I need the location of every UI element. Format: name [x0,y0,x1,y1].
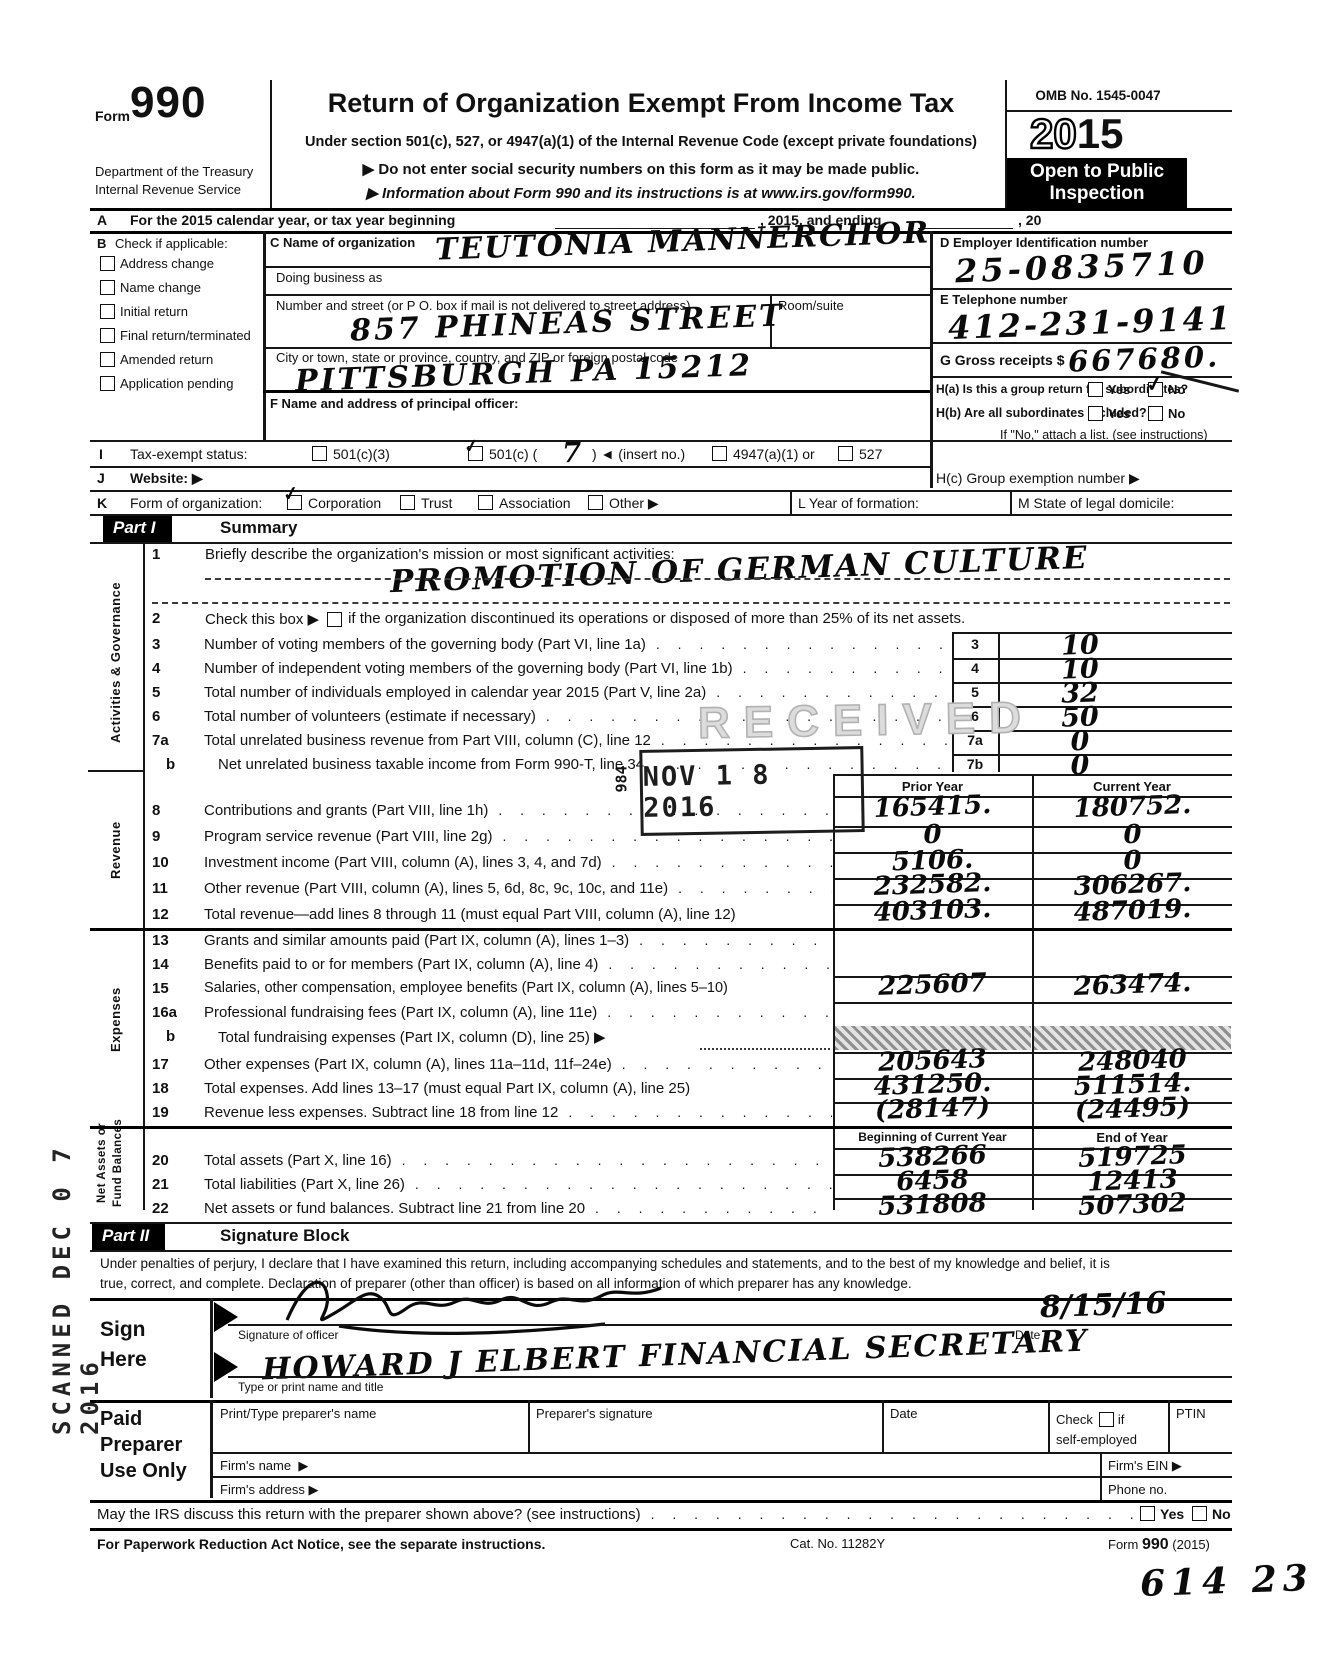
org-name-label: C Name of organization [270,235,415,250]
line [210,1400,213,1498]
row-j-letter: J [97,470,105,486]
org-trust-label: Trust [421,495,452,511]
label: Amended return [120,352,213,367]
paperwork-notice: For Paperwork Reduction Act Notice, see … [97,1536,545,1552]
label: Firm's name [220,1458,291,1473]
check-amended-return[interactable]: Amended return [100,352,213,367]
part1-title: Summary [220,518,297,538]
leader-dots [733,660,947,676]
ptin-label: PTIN [1176,1406,1206,1421]
discuss-no-checkbox[interactable] [1192,1506,1207,1521]
line5-label: Total number of individuals employed in … [204,684,706,701]
insert-no-label: ) ◄ (insert no.) [592,446,685,462]
hc-label: H(c) Group exemption number ▶ [936,470,1140,487]
line5-num: 5 [152,684,204,701]
form-990-footer: Form 990 (2015) [1108,1536,1210,1554]
line1-num: 1 [152,546,160,563]
dba-label: Doing business as [276,270,382,285]
discuss-yes-checkbox[interactable] [1140,1506,1155,1521]
tax-exempt-label: Tax-exempt status: [130,446,248,462]
page-title: Return of Organization Exempt From Incom… [280,88,1002,119]
open-line1: Open to Public [1007,161,1187,183]
line18-label: Total expenses. Add lines 13–17 (must eq… [204,1080,690,1097]
line8-label: Contributions and grants (Part VIII, lin… [204,802,488,819]
line15-num: 15 [152,980,204,997]
dept-treasury: Department of the Treasury [95,164,253,179]
label: Initial return [120,304,188,319]
line4-num: 4 [152,660,204,677]
room-suite-label: Room/suite [778,298,844,313]
line3-row: 3 Number of voting members of the govern… [152,636,947,653]
line17-label: Other expenses (Part IX, column (A), lin… [204,1056,612,1073]
ssn-warning: ▶ Do not enter social security numbers o… [280,160,1002,178]
type-name-label: Type or print name and title [238,1380,383,1394]
label: Form [1108,1537,1138,1552]
ein-value[interactable]: 25-0835710 [954,244,1209,291]
line3-label: Number of voting members of the governin… [204,636,646,653]
line21-row: 21 Total liabilities (Part X, line 26) [152,1176,832,1193]
check-final-return[interactable]: Final return/terminated [100,328,251,343]
label: Application pending [120,376,233,391]
gross-receipts-label: G Gross receipts $ [940,352,1065,368]
box-b-letter: B [97,236,106,251]
sidebar-governance: Activities & Governance [108,555,123,770]
arrow-icon: ▶ [308,1482,318,1497]
use-only-label: Use Only [100,1460,187,1483]
line7a-label: Total unrelated business revenue from Pa… [204,732,651,749]
line [90,1250,1232,1252]
part2-title: Signature Block [220,1226,349,1246]
line7b-num: b [152,756,218,773]
form-number: 990 [1142,1536,1169,1553]
line19-current[interactable]: (24495) [1040,1091,1226,1127]
line14-label: Benefits paid to or for members (Part IX… [204,956,598,973]
line4-label: Number of independent voting members of … [204,660,733,677]
self-employed-label: self-employed [1056,1432,1137,1447]
status-501c3-checkbox[interactable] [312,446,327,461]
sign-label: Sign [100,1318,146,1342]
leader-dots [392,1152,832,1168]
line17-row: 17 Other expenses (Part IX, column (A), … [152,1056,832,1073]
line[interactable] [228,1376,1232,1378]
tax-year-solid: 15 [1077,110,1124,157]
ha-yes-label: Yes [1108,382,1130,397]
form-label: Form [95,108,130,124]
preparer-name-label: Print/Type preparer's name [220,1406,376,1421]
line6-label: Total number of volunteers (estimate if … [204,708,536,725]
line [790,490,792,514]
self-employed-checkbox[interactable] [1099,1412,1114,1427]
line [90,928,1232,931]
leader-dots [585,1200,832,1216]
signature-officer-label: Signature of officer [238,1328,339,1342]
line11-row: 11 Other revenue (Part VIII, column (A),… [152,880,832,897]
line14-num: 14 [152,956,204,973]
preparer-date-label: Date [890,1406,917,1421]
line22-label: Net assets or fund balances. Subtract li… [204,1200,585,1217]
org-form-label: Form of organization: [130,495,262,511]
line13-row: 13 Grants and similar amounts paid (Part… [152,932,832,949]
line16b-label: Total fundraising expenses (Part IX, col… [218,1028,606,1046]
line18-row: 18 Total expenses. Add lines 13–17 (must… [152,1080,832,1097]
line16a-num: 16a [152,1004,204,1021]
status-501c-checkmark: ✓ [462,435,481,458]
leader-dots [405,1176,832,1192]
check-address-change[interactable]: Address change [100,256,214,271]
sign-date-value[interactable]: 8/15/16 [1039,1286,1166,1325]
line11-num: 11 [152,880,204,897]
label: Address change [120,256,214,271]
line16a-label: Professional fundraising fees (Part IX, … [204,1004,597,1021]
line [833,774,835,1210]
catalog-number: Cat. No. 11282Y [790,1536,885,1551]
if-label: if [1118,1412,1125,1427]
line [882,1400,884,1452]
line15-prior[interactable]: 225607 [840,967,1026,1003]
line15-label: Salaries, other compensation, employee b… [204,980,728,996]
status-527-label: 527 [859,446,882,462]
label: Firm's address [220,1482,305,1497]
line11-label: Other revenue (Part VIII, column (A), li… [204,880,668,897]
open-line2: Inspection [1007,183,1187,205]
preparer-signature-label: Preparer's signature [536,1406,653,1421]
firm-ein-label: Firm's EIN ▶ [1108,1458,1182,1474]
irs-label: Internal Revenue Service [95,182,241,197]
line16b-row: b Total fundraising expenses (Part IX, c… [152,1028,832,1046]
dotted-line[interactable] [700,1048,830,1050]
line12-row: 12 Total revenue—add lines 8 through 11 … [152,906,832,923]
line7b-label: Net unrelated business taxable income fr… [218,756,644,773]
row-i-letter: I [99,446,103,462]
org-other-label: Other ▶ [609,495,659,512]
dotted-line[interactable] [205,578,1230,580]
status-4947-label: 4947(a)(1) or [733,446,815,462]
leader-dots [612,1056,832,1072]
leader-dots [558,1104,832,1120]
omb-number: OMB No. 1545-0047 [1005,88,1191,103]
box-b-title: Check if applicable: [115,236,228,251]
line [930,288,1232,290]
line2-post: if the organization discontinued its ope… [348,610,965,627]
sidebar-revenue: Revenue [108,785,123,915]
hb-no-label: No [1168,406,1185,421]
arrow-icon: ▶ [298,1458,308,1473]
status-501c-label: 501(c) ( [489,446,537,462]
info-line: ▶ Information about Form 990 and its ins… [280,184,1002,202]
line10-label: Investment income (Part VIII, column (A)… [204,854,602,871]
label: Final return/terminated [120,328,251,343]
line22-begin[interactable]: 531808 [840,1187,1026,1223]
line [90,1528,1232,1531]
ha-no-label: No [1168,382,1185,397]
line [1100,1476,1102,1500]
row-a-end: , 20 [1018,212,1041,228]
line22-row: 22 Net assets or fund balances. Subtract… [152,1200,832,1217]
line2-pre: Check this box ▶ [205,610,319,628]
status-501c3-label: 501(c)(3) [333,446,390,462]
line [270,80,272,208]
line15-current[interactable]: 263474. [1040,967,1226,1003]
preparer-label: Preparer [100,1434,182,1457]
line13-num: 13 [152,932,204,949]
line [90,208,1232,211]
line [930,231,933,488]
line18-num: 18 [152,1080,204,1097]
line19-num: 19 [152,1104,204,1121]
subtitle: Under section 501(c), 527, or 4947(a)(1)… [276,134,1006,150]
line [210,1452,1232,1454]
org-corporation-label: Corporation [308,495,381,511]
ha-yes-checkbox[interactable] [1088,382,1103,397]
line8-num: 8 [152,802,204,819]
line [263,390,930,393]
tax-year: 2015 [1030,110,1123,158]
discuss-yes-label: Yes [1160,1506,1184,1522]
checkbox[interactable] [100,328,115,343]
sidebar-expenses: Expenses [108,935,123,1105]
leader-dots [629,932,832,948]
line [263,294,930,296]
line12-label: Total revenue—add lines 8 through 11 (mu… [204,906,736,923]
line21-num: 21 [152,1176,204,1193]
hb-yes-checkbox[interactable] [1088,406,1103,421]
checkbox[interactable] [100,304,115,319]
discuss-row: May the IRS discuss this return with the… [97,1506,1137,1523]
open-to-public-badge: Open to Public Inspection [1007,158,1187,210]
leader-dots [598,956,832,972]
line9-num: 9 [152,828,204,845]
leader-dots [646,636,947,652]
phone-no-label: Phone no. [1108,1482,1167,1497]
sidebar-net-assets-2: Fund Balances [112,1118,124,1208]
hb-no-checkbox[interactable] [1148,406,1163,421]
checkbox[interactable] [100,280,115,295]
paid-label: Paid [100,1408,142,1431]
check-name-change[interactable]: Name change [100,280,201,295]
stamp-side-number: 984 [613,765,631,792]
line7b-value[interactable]: 0 [1019,748,1140,783]
line [90,514,1232,516]
line [90,1400,1232,1403]
leader-dots [641,1506,1137,1522]
legal-domicile-label: M State of legal domicile: [1018,495,1174,511]
line [833,1002,1232,1004]
check-application-pending[interactable]: Application pending [100,376,233,391]
line21-label: Total liabilities (Part X, line 26) [204,1176,405,1193]
org-name-value[interactable]: TEUTONIA MANNERCHOR [435,215,931,267]
line [210,1476,1232,1478]
line20-label: Total assets (Part X, line 16) [204,1152,392,1169]
org-corporation-checkmark: ✓ [281,482,301,507]
line4-row: 4 Number of independent voting members o… [152,660,947,677]
line19-row: 19 Revenue less expenses. Subtract line … [152,1104,832,1121]
discuss-text: May the IRS discuss this return with the… [97,1506,641,1523]
line3-box: 3 [952,636,998,652]
sign-arrow-icon [214,1302,238,1332]
check-label: Check [1056,1412,1093,1427]
discontinued-checkbox[interactable] [327,612,342,627]
here-label: Here [100,1348,147,1372]
line16a-row: 16a Professional fundraising fees (Part … [152,1004,832,1021]
row-k-letter: K [97,495,107,511]
checkbox[interactable] [100,352,115,367]
line2-row: Check this box ▶ if the organization dis… [205,610,965,628]
line15-row: 15 Salaries, other compensation, employe… [152,980,832,997]
line [528,1400,530,1452]
org-association-checkbox[interactable] [478,495,493,510]
line14-row: 14 Benefits paid to or for members (Part… [152,956,832,973]
page-marks: 614 23 [1139,1557,1314,1605]
line [90,440,1232,442]
line22-end[interactable]: 507302 [1040,1187,1226,1223]
line16b-num: b [152,1028,218,1045]
line [143,542,145,1210]
line [90,1222,1232,1224]
line12-prior[interactable]: 403103. [840,893,1026,929]
line [1168,1400,1170,1452]
hb-yes-label: Yes [1108,406,1130,421]
line12-current[interactable]: 487019. [1040,893,1226,929]
status-527-checkbox[interactable] [838,446,853,461]
line [263,347,930,349]
line10-row: 10 Investment income (Part VIII, column … [152,854,832,871]
firm-address-label: Firm's address ▶ [220,1482,318,1498]
line19-prior[interactable]: (28147) [840,1091,1026,1127]
principal-officer-label: F Name and address of principal officer: [270,396,519,411]
leader-dots [597,1004,832,1020]
line7b-box: 7b [952,756,998,772]
line [90,1126,1232,1129]
checkbox[interactable] [100,256,115,271]
org-trust-checkbox[interactable] [400,495,415,510]
tax-year-outline: 20 [1030,110,1077,157]
line [1010,490,1012,514]
line4-box: 4 [952,660,998,676]
line12-num: 12 [152,906,204,923]
line20-num: 20 [152,1152,204,1169]
self-employed-check: Check if [1056,1412,1124,1427]
website-label: Website: ▶ [130,470,203,487]
line7a-num: 7a [152,732,204,749]
dotted-line[interactable] [152,602,1230,604]
line [90,490,1232,492]
form-number: 990 [130,78,206,128]
line [210,1298,213,1398]
discuss-no-label: No [1212,1506,1231,1522]
blank-line[interactable] [918,228,1013,229]
checkbox[interactable] [100,376,115,391]
line [263,266,930,268]
line [263,231,266,441]
row-a-text: For the 2015 calendar year, or tax year … [130,212,455,228]
firm-name-label: Firm's name ▶ [220,1458,308,1474]
org-other-checkbox[interactable] [588,495,603,510]
line [88,770,143,772]
received-stamp: RECEIVED [698,693,1036,749]
leader-dots [668,880,832,896]
label: (2015) [1172,1537,1210,1552]
line22-num: 22 [152,1200,204,1217]
line [90,1500,1232,1503]
row-a-letter: A [97,212,107,228]
line20-row: 20 Total assets (Part X, line 16) [152,1152,832,1169]
org-association-label: Association [499,495,571,511]
line3-num: 3 [152,636,204,653]
line6-num: 6 [152,708,204,725]
line17-num: 17 [152,1056,204,1073]
line10-num: 10 [152,854,204,871]
part1-tag: Part I [103,516,172,542]
date-received-stamp: NOV 1 8 2016 [639,746,864,836]
line9-label: Program service revenue (Part VIII, line… [204,828,492,845]
year-formation-label: L Year of formation: [798,495,919,511]
scanned-stamp: SCANNED DEC 0 7 2016 [48,1075,104,1435]
line2-num: 2 [152,610,160,627]
label: Name change [120,280,201,295]
leader-dots [602,854,832,870]
insert-number-value[interactable]: 7 [561,436,582,470]
status-4947-checkbox[interactable] [712,446,727,461]
check-initial-return[interactable]: Initial return [100,304,188,319]
line19-label: Revenue less expenses. Subtract line 18 … [204,1104,558,1121]
line [1048,1400,1050,1452]
line [1100,1452,1102,1476]
line13-label: Grants and similar amounts paid (Part IX… [204,932,629,949]
line [90,466,930,468]
form-990-page: Form 990 Return of Organization Exempt F… [0,0,1344,1654]
